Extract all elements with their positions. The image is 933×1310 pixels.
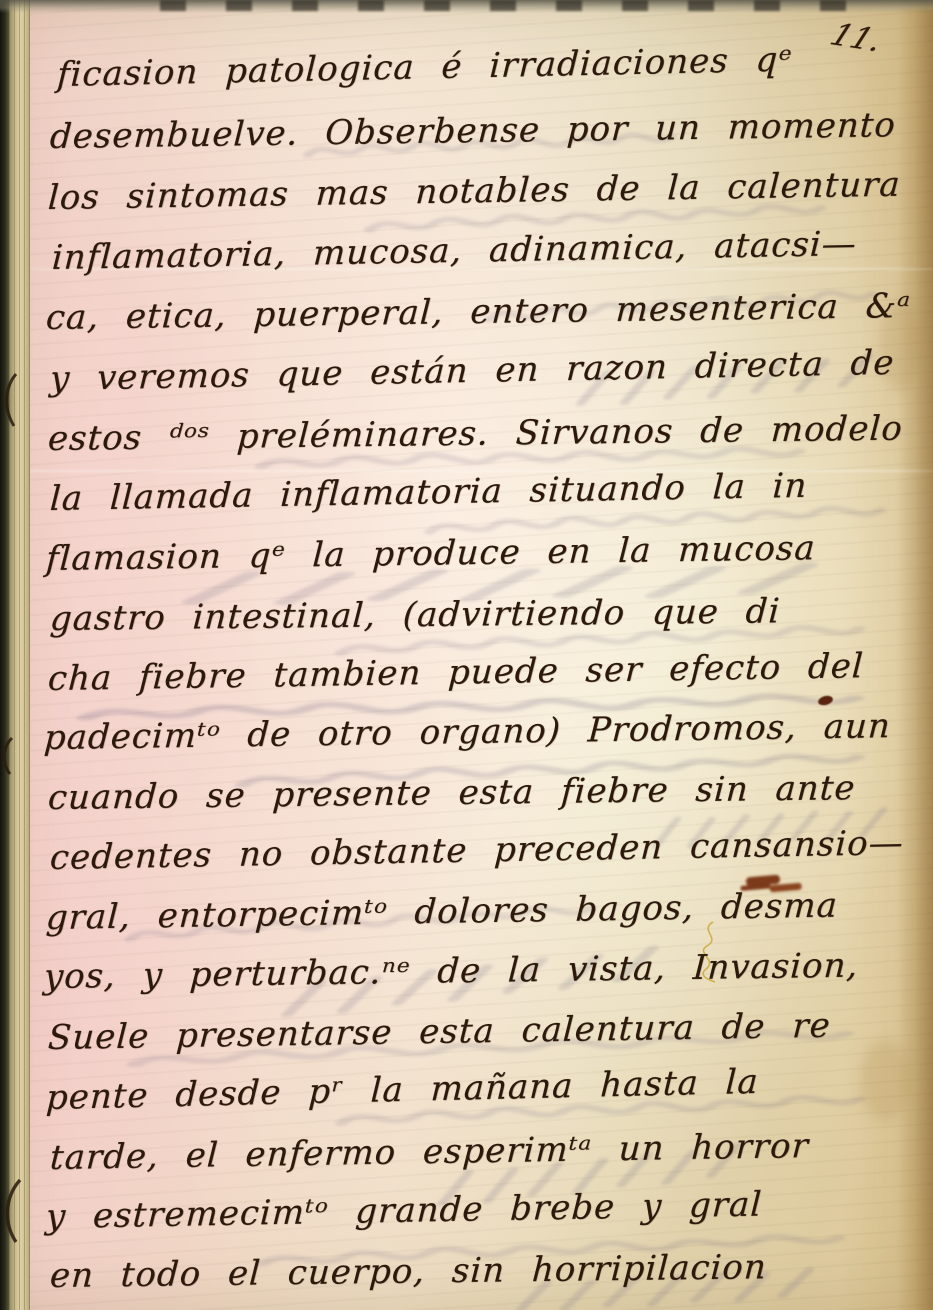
manuscript-text-block: ficasion patologica é irradiaciones qᵉ d… — [0, 0, 933, 1310]
manuscript-line-17: Suele presentarse esta calentura de re — [47, 1009, 832, 1055]
manuscript-line-14: cedentes no obstante preceden cansansio— — [49, 826, 904, 875]
manuscript-line-02: desembuelve. Obserbense por un momento — [49, 108, 897, 154]
manuscript-line-13: cuando se presente esta fiebre sin ante — [47, 771, 856, 815]
manuscript-line-01: ficasion patologica é irradiaciones qᵉ — [56, 43, 793, 92]
manuscript-line-18: pente desde pʳ la mañana hasta la — [45, 1065, 759, 1115]
manuscript-line-21: en todo el cuerpo, sin horripilacion — [49, 1250, 768, 1293]
manuscript-line-12: padecimᵗᵒ de otro organo) Prodromos, aun — [43, 709, 892, 755]
manuscript-line-19: tarde, el enfermo esperimᵗᵃ un horror — [49, 1129, 810, 1175]
manuscript-line-03: los sintomas mas notables de la calentur… — [47, 168, 901, 215]
manuscript-line-08: la llamada inflamatoria situando la in — [49, 469, 808, 516]
manuscript-line-09: flamasion qᵉ la produce en la mucosa — [45, 531, 817, 576]
manuscript-line-11: cha fiebre tambien puede ser efecto del — [47, 649, 865, 696]
manuscript-line-05: ca, etica, puerperal, entero mesenterica… — [45, 289, 911, 335]
manuscript-line-04: inflamatoria, mucosa, adinamica, atacsi— — [51, 227, 857, 275]
manuscript-line-06: y veremos que están en razon directa de — [49, 346, 895, 396]
manuscript-line-10: gastro intestinal, (advirtiendo que di — [49, 594, 781, 636]
manuscript-line-15: gral, entorpecimᵗᵒ dolores bagos, desma — [45, 889, 839, 935]
manuscript-line-16: yos, y perturbac.ⁿᵉ de la vista, Invasio… — [43, 949, 859, 994]
manuscript-line-20: y estremecimᵗᵒ grande brebe y gral — [45, 1187, 763, 1234]
manuscript-line-07: estos ᵈᵒˢ preléminares. Sirvanos de mode… — [47, 412, 904, 456]
manuscript-page: 11. ficasion patologica é irradiaciones … — [0, 0, 933, 1310]
